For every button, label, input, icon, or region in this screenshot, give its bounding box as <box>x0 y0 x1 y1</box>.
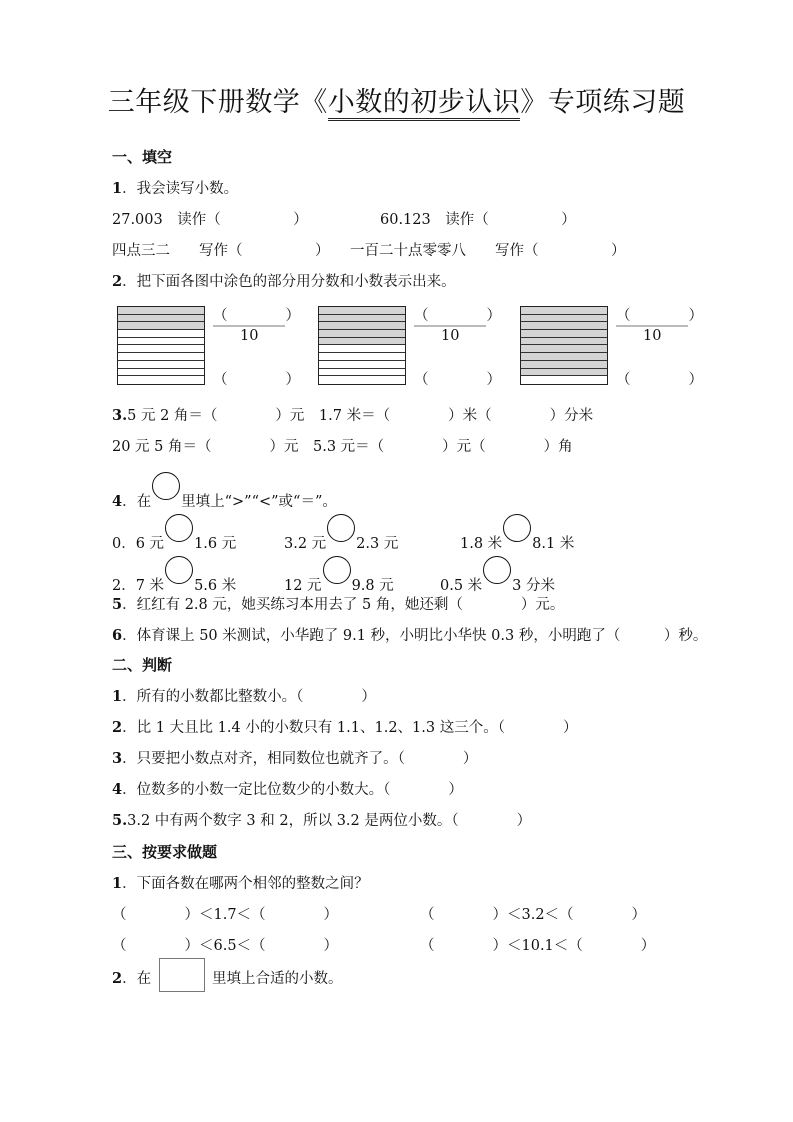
fraction-denominator-3: 10 <box>643 328 661 344</box>
grid-row-shaded <box>319 330 405 338</box>
fraction-denominator-2: 10 <box>441 328 459 344</box>
judge-item-4[interactable]: 4．位数多的小数一定比位数少的小数大。（ ） <box>112 778 463 799</box>
title-topic: 小数的初步认识 <box>328 87 521 121</box>
grid-row-empty <box>319 353 405 361</box>
compare-right: 5.6 米 <box>194 578 236 594</box>
fraction-denominator-1: 10 <box>240 328 258 344</box>
compare-left: 3.2 元 <box>284 536 326 552</box>
decimal-answer-2[interactable]: （ ） <box>414 368 501 389</box>
grid-row-empty <box>118 353 204 361</box>
range-row-1-left[interactable]: （ ）＜1.7＜（ ） <box>112 903 338 924</box>
question-text: 里填上“>”“<”或“＝”。 <box>181 494 337 510</box>
grid-row-empty <box>319 369 405 377</box>
grid-row-empty <box>521 376 607 384</box>
question-1-1: 1．我会读写小数。 <box>112 177 238 198</box>
question-number: 4 <box>112 781 122 798</box>
page-title: 三年级下册数学《小数的初步认识》专项练习题 <box>0 80 793 119</box>
question-text: 5 元 2 角＝（ ）元 1.7 米＝（ ）米（ ）分米 <box>127 408 593 424</box>
compare-right: 2.3 元 <box>356 536 398 552</box>
question-text: ．红红有 2.8 元，她买练习本用去了 5 角，她还剩（ ）元。 <box>122 597 564 613</box>
grid-row-shaded <box>118 322 204 330</box>
compare-circle-input[interactable] <box>165 514 193 542</box>
grid-row-empty <box>118 369 204 377</box>
grid-row-empty <box>319 376 405 384</box>
grid-row-empty <box>118 338 204 346</box>
question-1-3-row-2[interactable]: 20 元 5 角＝（ ）元 5.3 元＝（ ）元（ ）角 <box>112 435 573 456</box>
shaded-grid-figure-2 <box>318 306 406 385</box>
grid-row-shaded <box>319 315 405 323</box>
question-text: ．只要把小数点对齐，相同数位也就齐了。（ ） <box>122 751 477 767</box>
write-decimal-1[interactable]: 四点三二 写作（ ） <box>112 239 330 260</box>
fraction-bar <box>414 325 486 327</box>
question-number: 3 <box>112 750 122 767</box>
question-number: 3. <box>112 407 127 424</box>
question-3-2-after: 里填上合适的小数。 <box>212 967 343 988</box>
question-1-3-row-1[interactable]: 3.5 元 2 角＝（ ）元 1.7 米＝（ ）米（ ）分米 <box>112 404 593 425</box>
question-number: 1 <box>112 875 122 892</box>
shaded-grid-figure-3 <box>520 306 608 385</box>
question-text: ．把下面各图中涂色的部分用分数和小数表示出来。 <box>122 274 456 290</box>
question-number: 2 <box>112 719 122 736</box>
question-text: ．下面各数在哪两个相邻的整数之间？ <box>122 876 369 892</box>
judge-item-2[interactable]: 2．比 1 大且比 1.4 小的小数只有 1.1、1.2、1.3 这三个。（ ） <box>112 716 577 737</box>
compare-left: 0.5 米 <box>440 578 482 594</box>
compare-circle-input[interactable] <box>327 514 355 542</box>
compare-left: 12 元 <box>284 578 322 594</box>
range-row-2-left[interactable]: （ ）＜6.5＜（ ） <box>112 934 338 955</box>
fraction-bar <box>616 325 688 327</box>
read-decimal-1[interactable]: 27.003 读作（ ） <box>112 208 308 229</box>
question-text: ．我会读写小数。 <box>122 181 238 197</box>
compare-left: 2．7 米 <box>112 578 164 594</box>
question-text: ．比 1 大且比 1.4 小的小数只有 1.1、1.2、1.3 这三个。（ ） <box>122 720 577 736</box>
compare-circle-input[interactable] <box>483 556 511 584</box>
question-number: 1 <box>112 180 122 197</box>
grid-row-shaded <box>319 307 405 315</box>
grid-row-shaded <box>521 307 607 315</box>
question-number: 1 <box>112 688 122 705</box>
fraction-numerator-1[interactable]: （ ） <box>213 304 300 325</box>
read-decimal-2[interactable]: 60.123 读作（ ） <box>380 208 576 229</box>
question-text: 3.2 中有两个数字 3 和 2，所以 3.2 是两位小数。（ ） <box>127 813 531 829</box>
shaded-grid-figure-1 <box>117 306 205 385</box>
grid-row-shaded <box>521 315 607 323</box>
range-row-2-right[interactable]: （ ）＜10.1＜（ ） <box>420 934 655 955</box>
grid-row-shaded <box>521 338 607 346</box>
compare-circle-icon <box>152 472 180 500</box>
question-number: 2 <box>112 273 122 290</box>
question-number: 6 <box>112 627 122 644</box>
fraction-bar <box>213 325 285 327</box>
question-text: ．体育课上 50 米测试，小华跑了 9.1 秒，小明比小华快 0.3 秒，小明跑… <box>122 628 707 644</box>
grid-row-shaded <box>521 322 607 330</box>
question-1-5[interactable]: 5．红红有 2.8 元，她买练习本用去了 5 角，她还剩（ ）元。 <box>112 593 564 614</box>
grid-row-shaded <box>118 315 204 323</box>
range-row-1-right[interactable]: （ ）＜3.2＜（ ） <box>420 903 646 924</box>
grid-row-empty <box>319 361 405 369</box>
judge-item-1[interactable]: 1．所有的小数都比整数小。（ ） <box>112 685 376 706</box>
judge-item-3[interactable]: 3．只要把小数点对齐，相同数位也就齐了。（ ） <box>112 747 477 768</box>
question-number: 2 <box>112 970 122 987</box>
question-number: 4 <box>112 493 122 510</box>
question-number: 5. <box>112 812 127 829</box>
compare-right: 9.8 元 <box>352 578 394 594</box>
compare-item-6: 0.5 米3 分米 <box>440 556 555 595</box>
question-text: ．位数多的小数一定比位数少的小数大。（ ） <box>122 782 463 798</box>
compare-circle-input[interactable] <box>503 514 531 542</box>
question-1-6[interactable]: 6．体育课上 50 米测试，小华跑了 9.1 秒，小明比小华快 0.3 秒，小明… <box>112 624 707 645</box>
grid-row-shaded <box>118 307 204 315</box>
grid-row-shaded <box>521 369 607 377</box>
judge-item-5[interactable]: 5.3.2 中有两个数字 3 和 2，所以 3.2 是两位小数。（ ） <box>112 809 531 830</box>
question-1-2: 2．把下面各图中涂色的部分用分数和小数表示出来。 <box>112 270 456 291</box>
grid-row-shaded <box>521 353 607 361</box>
question-3-2: 2．在 <box>112 967 151 988</box>
decimal-answer-1[interactable]: （ ） <box>213 368 300 389</box>
write-decimal-2[interactable]: 一百二十点零零八 写作（ ） <box>350 239 626 260</box>
compare-item-5: 12 元9.8 元 <box>284 556 394 595</box>
fraction-numerator-3[interactable]: （ ） <box>616 304 703 325</box>
grid-row-shaded <box>319 338 405 346</box>
grid-row-shaded <box>319 322 405 330</box>
compare-item-1: 0．6 元1.6 元 <box>112 514 236 553</box>
title-suffix: 》专项练习题 <box>520 87 685 118</box>
compare-right: 8.1 米 <box>532 536 574 552</box>
fraction-numerator-2[interactable]: （ ） <box>414 304 501 325</box>
compare-circle-input[interactable] <box>165 556 193 584</box>
question-text: ．所有的小数都比整数小。（ ） <box>122 689 376 705</box>
compare-right: 3 分米 <box>512 578 555 594</box>
compare-item-3: 1.8 米8.1 米 <box>460 514 574 553</box>
question-text: ．在 <box>122 971 151 987</box>
grid-row-shaded <box>521 361 607 369</box>
section-heading-fill-blank: 一、填空 <box>112 146 172 167</box>
question-1-4: 4．在里填上“>”“<”或“＝”。 <box>112 472 337 511</box>
compare-right: 1.6 元 <box>194 536 236 552</box>
decimal-answer-3[interactable]: （ ） <box>616 368 703 389</box>
grid-row-empty <box>118 330 204 338</box>
answer-box-icon <box>159 958 205 992</box>
compare-item-4: 2．7 米5.6 米 <box>112 556 236 595</box>
section-heading-true-false: 二、判断 <box>112 654 172 675</box>
question-number: 5 <box>112 596 122 613</box>
section-heading-tasks: 三、按要求做题 <box>112 841 217 862</box>
grid-row-shaded <box>521 345 607 353</box>
compare-left: 0．6 元 <box>112 536 164 552</box>
question-text: ．在 <box>122 494 151 510</box>
title-prefix: 三年级下册数学《 <box>108 87 328 118</box>
grid-row-empty <box>118 345 204 353</box>
grid-row-empty <box>118 376 204 384</box>
question-3-1: 1．下面各数在哪两个相邻的整数之间？ <box>112 872 369 893</box>
compare-item-2: 3.2 元2.3 元 <box>284 514 398 553</box>
grid-row-shaded <box>521 330 607 338</box>
grid-row-empty <box>118 361 204 369</box>
compare-circle-input[interactable] <box>323 556 351 584</box>
compare-left: 1.8 米 <box>460 536 502 552</box>
grid-row-empty <box>319 345 405 353</box>
